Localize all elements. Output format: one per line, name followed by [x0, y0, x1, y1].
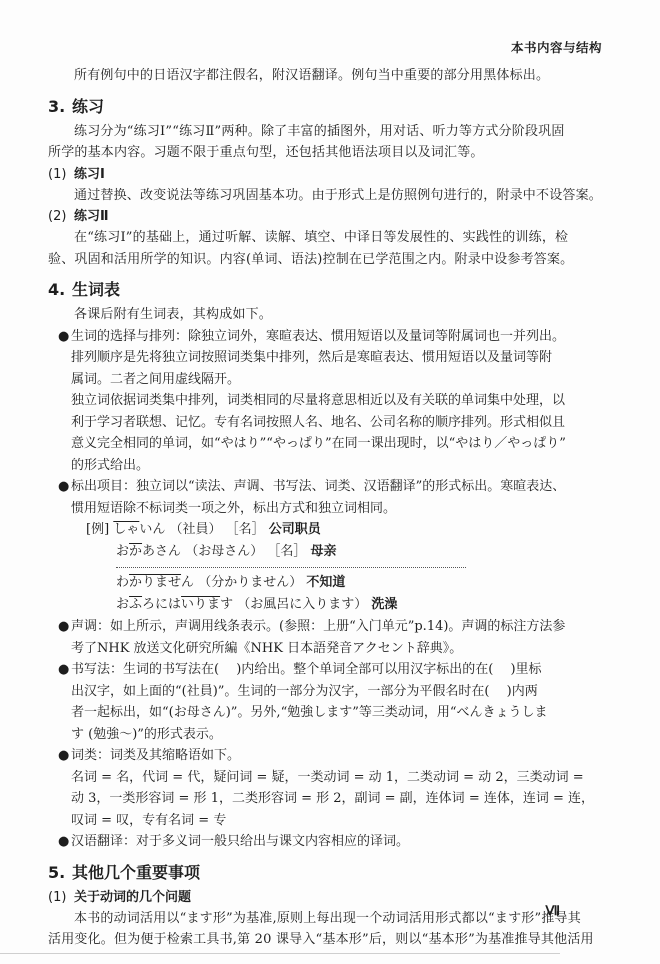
text-line: 生词的选择与排列：除独立词外，寒暄表达、惯用短语以及量词等附属词也一并列出。 [71, 329, 565, 344]
running-head: 本书内容与结构 [511, 38, 602, 56]
page-number: Ⅶ [545, 903, 560, 919]
text-line: 的形式给出。 [58, 455, 608, 477]
reading-kana: ろには [142, 597, 181, 612]
reading-kana: お [116, 597, 129, 612]
intro-line: 所有例句中的日语汉字都注假名，附汉语翻译。例句当中重要的部分用黑体标出。 [48, 65, 608, 87]
section-3-paragraph: 练习分为“练习Ⅰ”“练习Ⅱ”两种。除了丰富的插图外，用对话、听力等方式分阶段巩固… [48, 121, 608, 164]
dotted-separator [116, 567, 466, 568]
example-meaning: 洗澡 [371, 597, 397, 612]
example-kanji: （お母さん） [185, 544, 263, 559]
example-kanji: （お風呂に入ります） [237, 597, 367, 612]
text-line: 惯用短语除不标词类一项之外，标出方式和独立词相同。 [58, 498, 608, 520]
text-line: 本书的动词活用以“ます形”为基准,原则上每出现一个动词活用形式都以“ます形”推导… [48, 908, 608, 930]
bullet-accent: ●声调：如上所示，声调用线条表示。(参照：上册“入门单元”p.14)。声调的标注… [58, 616, 608, 659]
subsection-3-1-text: 通过替换、改变说法等练习巩固基本功。由于形式上是仿照例句进行的，附录中不设答案。 [48, 185, 608, 207]
bullet-icon: ● [58, 326, 71, 348]
reading-kana: ん [181, 575, 194, 590]
section-title: 其他几个重要事项 [72, 863, 200, 882]
text-line: 练习分为“练习Ⅰ”“练习Ⅱ”两种。除了丰富的插图外，用对话、听力等方式分阶段巩固 [48, 121, 608, 143]
text-line: 考了NHK 放送文化研究所編《NHK 日本語発音アクセント辞典》。 [58, 638, 608, 660]
subsection-title: 关于动词的几个问题 [74, 890, 191, 905]
bullet-writing: ●书写法：生词的书写法在( )内给出。整个单词全部可以用汉字标出的在( )里标 … [58, 659, 608, 745]
subsection-number: (2) [48, 206, 74, 227]
reading-kana: す [220, 597, 233, 612]
example-row: わかりません （分かりません） 不知道 [86, 572, 608, 594]
bullet-icon: ● [58, 745, 71, 767]
section-3-heading: 3.练习 [48, 95, 608, 119]
example-pos: ［名］ [267, 544, 306, 559]
example-tag: [例] [86, 522, 109, 537]
section-title: 练习 [72, 97, 104, 116]
example-meaning: 母亲 [311, 544, 337, 559]
text-line: 属词。二者之间用虚线隔开。 [58, 369, 608, 391]
text-line: 声调：如上所示，声调用线条表示。(参照：上册“入门单元”p.14)。声调的标注方… [71, 619, 565, 634]
bullet-selection: ●生词的选择与排列：除独立词外，寒暄表达、惯用短语以及量词等附属词也一并列出。 … [58, 326, 608, 477]
subsection-number: (1) [48, 887, 74, 908]
subsection-3-2-text: 在“练习Ⅰ”的基础上，通过听解、读解、填空、中译日等发展性的、实践性的训练，检 … [48, 227, 608, 270]
section-4-intro: 各课后附有生词表，其构成如下。 [48, 304, 608, 326]
page-content: 所有例句中的日语汉字都注假名，附汉语翻译。例句当中重要的部分用黑体标出。 3.练… [48, 65, 608, 951]
reading-kana: お [116, 544, 129, 559]
reading-kana: わ [116, 575, 129, 590]
section-4-heading: 4.生词表 [48, 278, 608, 302]
text-line: 标出项目：独立词以“读法、声调、书写法、词类、汉语翻译”的形式标出。寒暄表达、 [71, 479, 565, 494]
section-number: 4. [48, 278, 72, 302]
example-meaning: 不知道 [306, 575, 345, 590]
bullet-translation: ●汉语翻译：对于多义词一般只给出与课文内容相应的译词。 [58, 831, 608, 853]
subsection-3-2-heading: (2)练习Ⅱ [48, 206, 608, 227]
accent-marked-kana: かりませ [129, 575, 181, 590]
section-title: 生词表 [72, 280, 120, 299]
subsection-number: (1) [48, 164, 74, 185]
subsection-title: 练习Ⅱ [74, 209, 109, 224]
bullet-pos: ●词类：词类及其缩略语如下。 名词 = 名，代词 = 代，疑问词 = 疑，一类动… [58, 745, 608, 831]
text-line: 名词 = 名，代词 = 代，疑问词 = 疑，一类动词 = 动 1，二类动词 = … [58, 767, 608, 789]
text-line: 意义完全相同的单词，如“やはり”“やっぱり”在同一课出现时，以“やはり／やっぱり… [58, 433, 608, 455]
vocab-bullets: ●生词的选择与排列：除独立词外，寒暄表达、惯用短语以及量词等附属词也一并列出。 … [58, 326, 608, 853]
example-pos: ［名］ [226, 522, 265, 537]
text-line: 动 3，一类形容词 = 形 1，二类形容词 = 形 2，副词 = 副，连体词 =… [58, 788, 608, 810]
text-line: 叹词 = 叹，专有名词 = 专 [58, 810, 608, 832]
bullet-icon: ● [58, 831, 71, 853]
accent-marked-kana: いりま [181, 597, 220, 612]
text-line: 出汉字，如上面的“(社員)”。生词的一部分为汉字，一部分为平假名时在( )内两 [58, 681, 608, 703]
example-kanji: （社員） [169, 522, 221, 537]
text-line: 验、巩固和活用所学的知识。内容(单词、语法)控制在已学范围之内。附录中设参考答案… [48, 249, 608, 271]
accent-marked-kana: ふ [129, 597, 142, 612]
text-line: 汉语翻译：对于多义词一般只给出与课文内容相应的译词。 [71, 834, 409, 849]
subsection-5-1-heading: (1)关于动词的几个问题 [48, 887, 608, 908]
example-row: おかあさん （お母さん） ［名］ 母亲 [86, 541, 608, 563]
text-line: 活用变化。但为便于检索工具书,第 20 课导入“基本形”后，则以“基本形”为基准… [48, 929, 608, 951]
reading-kana: いん [139, 522, 165, 537]
example-kanji: （分かりません） [198, 575, 302, 590]
accent-marked-kana: か [129, 544, 142, 559]
bullet-icon: ● [58, 476, 71, 498]
text-line: 排列顺序是先将独立词按照词类集中排列，然后是寒暄表达、惯用短语以及量词等附 [58, 347, 608, 369]
text-line: 词类：词类及其缩略语如下。 [71, 748, 240, 763]
text-line: 独立词依据词类集中排列，词类相同的尽量将意思相近以及有关联的单词集中处理，以 [58, 390, 608, 412]
text-line: 利于学习者联想、记忆。专有名词按照人名、地名、公司名称的顺序排列。形式相似且 [58, 412, 608, 434]
section-number: 5. [48, 861, 72, 885]
bullet-icon: ● [58, 659, 71, 681]
text-line: 书写法：生词的书写法在( )内给出。整个单词全部可以用汉字标出的在( )里标 [71, 662, 542, 677]
page-edge [0, 953, 560, 954]
bullet-icon: ● [58, 616, 71, 638]
text-line: 所学的基本内容。习题不限于重点句型，还包括其他语法项目以及词汇等。 [48, 142, 608, 164]
example-row: [例] しゃいん （社員） ［名］ 公司职员 [86, 519, 608, 541]
book-page: 本书内容与结构 所有例句中的日语汉字都注假名，附汉语翻译。例句当中重要的部分用黑… [0, 0, 660, 964]
text-line: 者一起标出，如“(お母さん)”。另外,“勉強します”等三类动词，用“べんきょうし… [58, 702, 608, 724]
bullet-labels: ●标出项目：独立词以“读法、声调、书写法、词类、汉语翻译”的形式标出。寒暄表达、… [58, 476, 608, 519]
accent-marked-kana: しゃ [113, 522, 139, 537]
text-line: す (勉強～)”的形式表示。 [58, 724, 608, 746]
reading-kana: あさん [142, 544, 181, 559]
section-5-heading: 5.其他几个重要事项 [48, 861, 608, 885]
example-meaning: 公司职员 [269, 522, 321, 537]
text-line: 在“练习Ⅰ”的基础上，通过听解、读解、填空、中译日等发展性的、实践性的训练，检 [48, 227, 608, 249]
vocab-example: [例] しゃいん （社員） ［名］ 公司职员 おかあさん （お母さん） ［名］ … [86, 519, 608, 616]
section-number: 3. [48, 95, 72, 119]
subsection-5-1-text: 本书的动词活用以“ます形”为基准,原则上每出现一个动词活用形式都以“ます形”推导… [48, 908, 608, 951]
example-row: おふろにはいります （お風呂に入ります） 洗澡 [86, 594, 608, 616]
subsection-3-1-heading: (1)练习Ⅰ [48, 164, 608, 185]
subsection-title: 练习Ⅰ [74, 167, 105, 182]
